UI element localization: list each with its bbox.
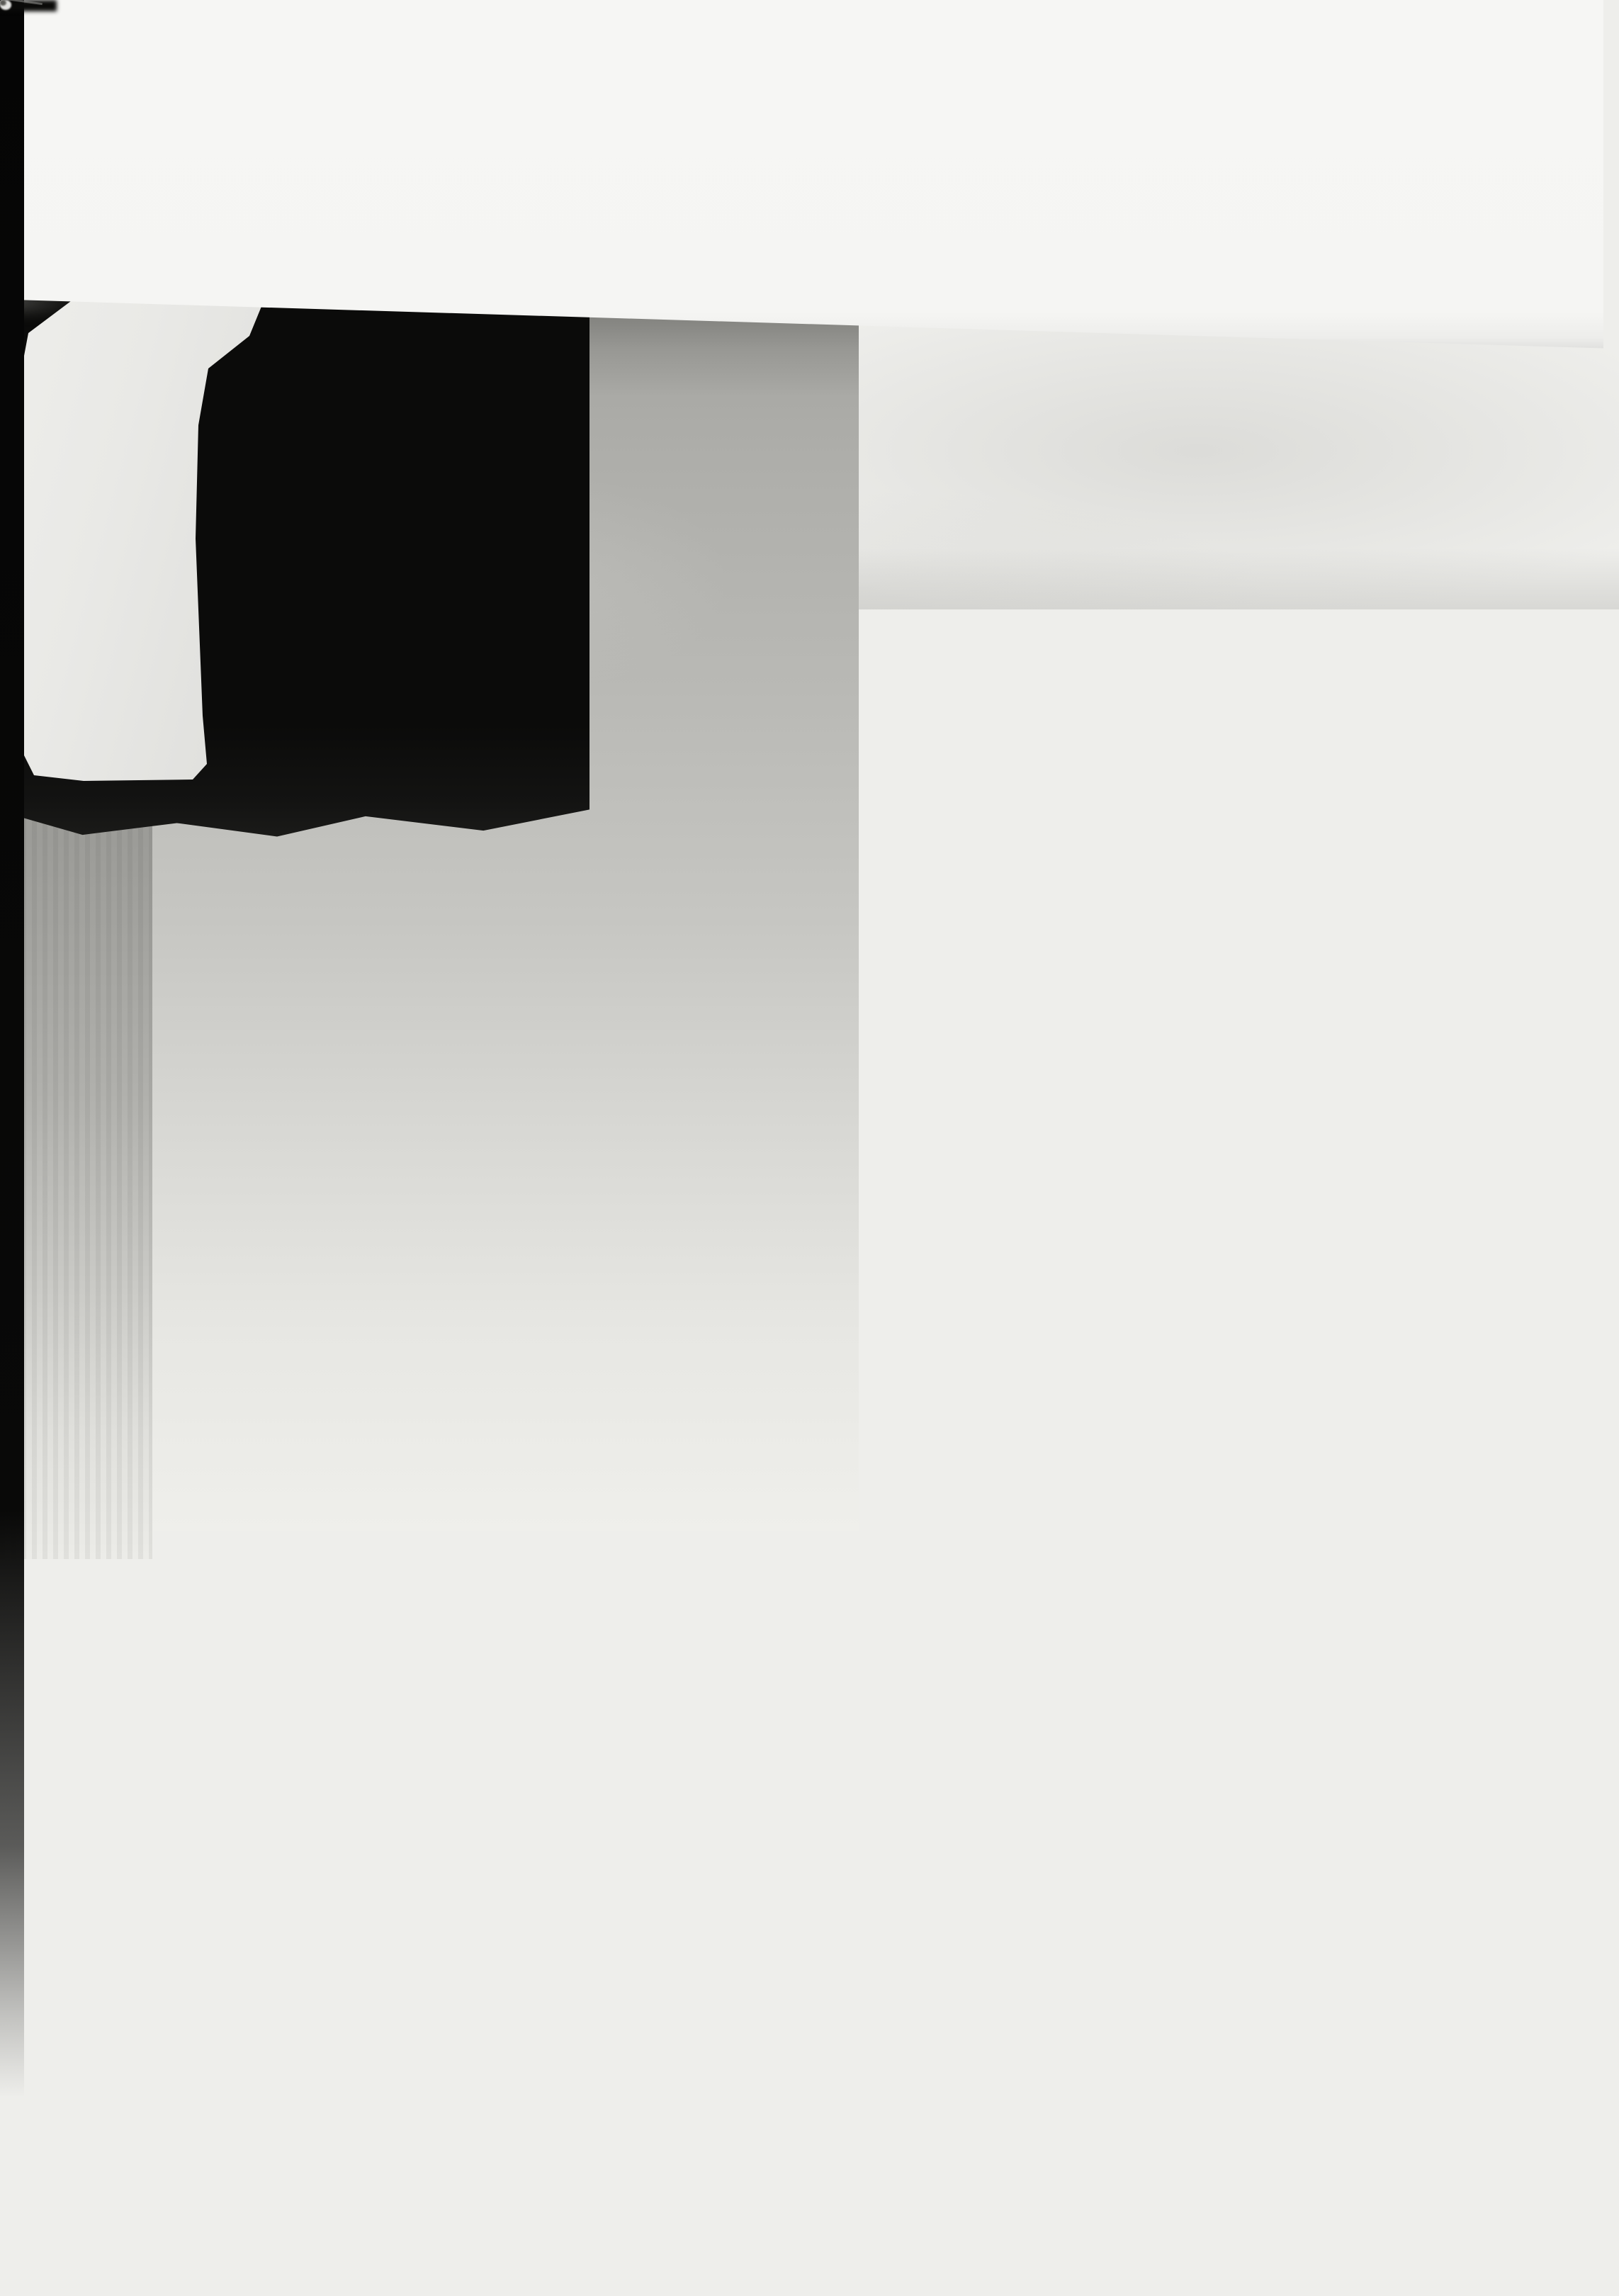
floor-speck — [0, 0, 5, 5]
left-photo-border — [0, 0, 24, 2098]
photo — [0, 0, 1619, 2296]
